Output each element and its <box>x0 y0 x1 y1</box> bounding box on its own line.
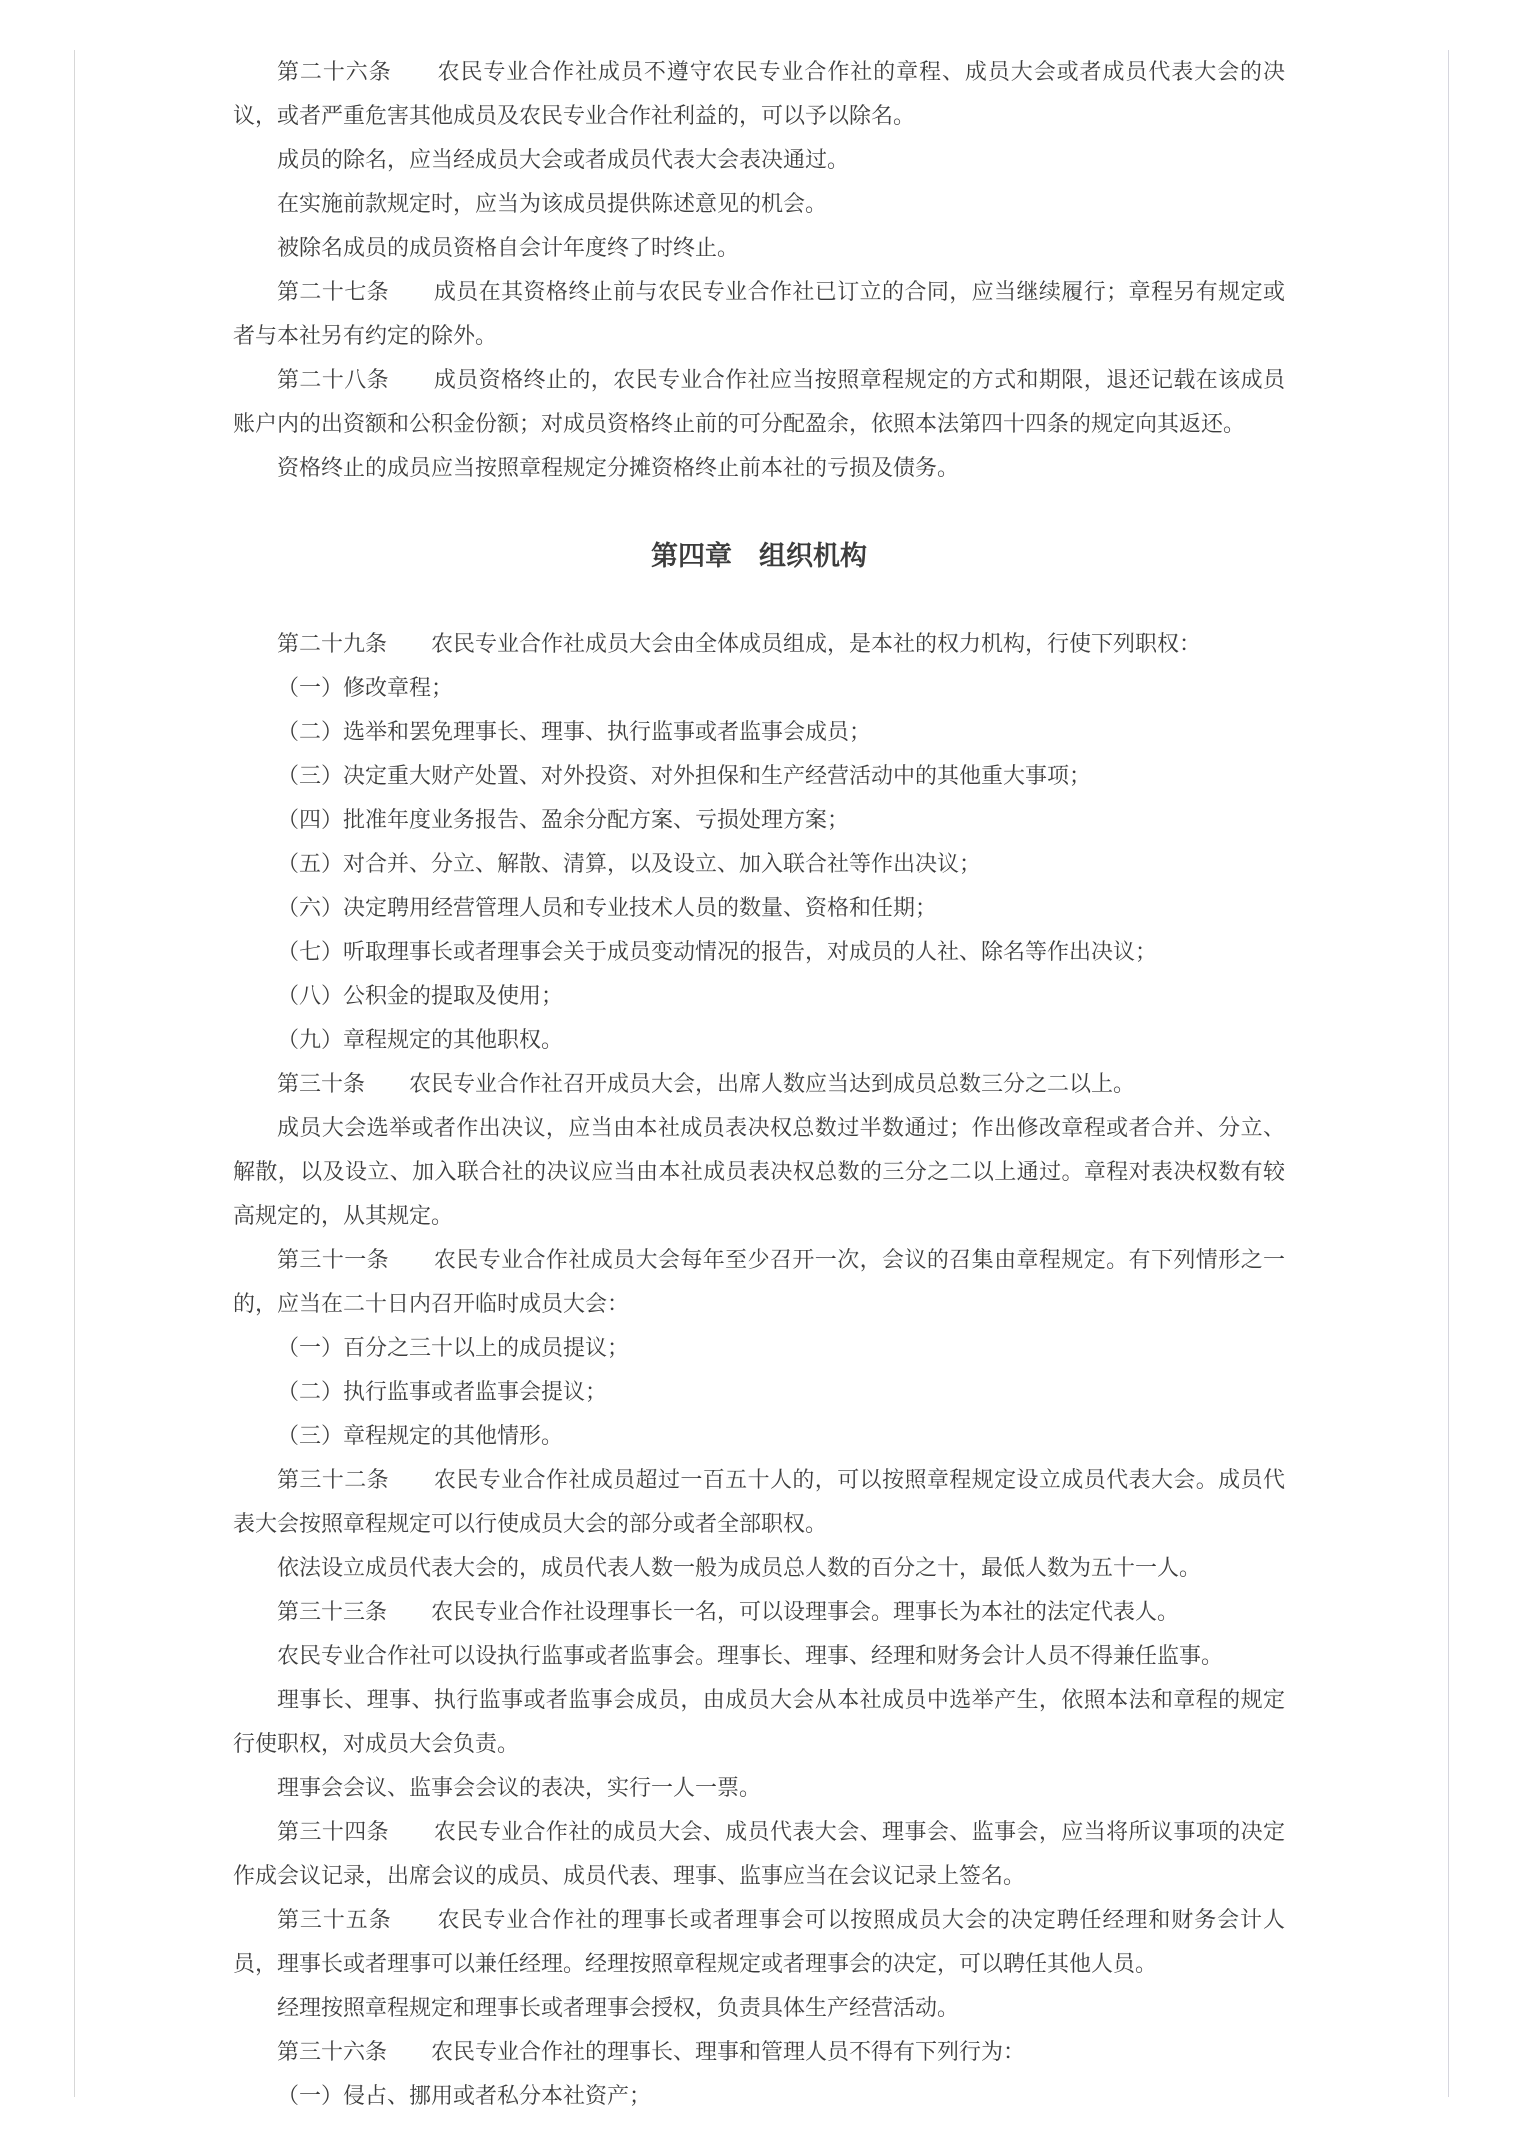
law-paragraph: 第三十三条 农民专业合作社设理事长一名，可以设理事会。理事长为本社的法定代表人。 <box>233 1590 1285 1634</box>
law-paragraph: （一）百分之三十以上的成员提议； <box>233 1326 1285 1370</box>
law-paragraph: 资格终止的成员应当按照章程规定分摊资格终止前本社的亏损及债务。 <box>233 446 1285 490</box>
law-paragraph: 农民专业合作社可以设执行监事或者监事会。理事长、理事、经理和财务会计人员不得兼任… <box>233 1634 1285 1678</box>
law-paragraph: （九）章程规定的其他职权。 <box>233 1018 1285 1062</box>
law-paragraph: 第二十六条 农民专业合作社成员不遵守农民专业合作社的章程、成员大会或者成员代表大… <box>233 50 1285 138</box>
page-border-right <box>1448 50 1449 2097</box>
law-paragraph: 第三十四条 农民专业合作社的成员大会、成员代表大会、理事会、监事会，应当将所议事… <box>233 1810 1285 1898</box>
law-paragraph: （七）听取理事长或者理事会关于成员变动情况的报告，对成员的人社、除名等作出决议； <box>233 930 1285 974</box>
law-paragraph: （二）选举和罢免理事长、理事、执行监事或者监事会成员； <box>233 710 1285 754</box>
law-paragraph: 第三十一条 农民专业合作社成员大会每年至少召开一次，会议的召集由章程规定。有下列… <box>233 1238 1285 1326</box>
page-border-left <box>74 50 75 2097</box>
chapter-heading: 第四章 组织机构 <box>233 534 1285 578</box>
law-paragraph: 被除名成员的成员资格自会计年度终了时终止。 <box>233 226 1285 270</box>
law-paragraph: 第三十六条 农民专业合作社的理事长、理事和管理人员不得有下列行为： <box>233 2030 1285 2074</box>
law-paragraph: 第二十九条 农民专业合作社成员大会由全体成员组成，是本社的权力机构，行使下列职权… <box>233 622 1285 666</box>
law-paragraph: （一）修改章程； <box>233 666 1285 710</box>
law-paragraph: 第二十八条 成员资格终止的，农民专业合作社应当按照章程规定的方式和期限，退还记载… <box>233 358 1285 446</box>
law-paragraph: （六）决定聘用经营管理人员和专业技术人员的数量、资格和任期； <box>233 886 1285 930</box>
law-document-page: 第二十六条 农民专业合作社成员不遵守农民专业合作社的章程、成员大会或者成员代表大… <box>0 0 1520 2150</box>
law-paragraph: 依法设立成员代表大会的，成员代表人数一般为成员总人数的百分之十，最低人数为五十一… <box>233 1546 1285 1590</box>
law-paragraph: 第三十二条 农民专业合作社成员超过一百五十人的，可以按照章程规定设立成员代表大会… <box>233 1458 1285 1546</box>
law-paragraph: （三）决定重大财产处置、对外投资、对外担保和生产经营活动中的其他重大事项； <box>233 754 1285 798</box>
document-body: 第二十六条 农民专业合作社成员不遵守农民专业合作社的章程、成员大会或者成员代表大… <box>233 50 1285 2118</box>
law-paragraph: 理事长、理事、执行监事或者监事会成员，由成员大会从本社成员中选举产生，依照本法和… <box>233 1678 1285 1766</box>
law-paragraph: （三）章程规定的其他情形。 <box>233 1414 1285 1458</box>
law-paragraph: 经理按照章程规定和理事长或者理事会授权，负责具体生产经营活动。 <box>233 1986 1285 2030</box>
law-paragraph: 第二十七条 成员在其资格终止前与农民专业合作社已订立的合同，应当继续履行；章程另… <box>233 270 1285 358</box>
law-paragraph: （五）对合并、分立、解散、清算，以及设立、加入联合社等作出决议； <box>233 842 1285 886</box>
law-paragraph: 第三十五条 农民专业合作社的理事长或者理事会可以按照成员大会的决定聘任经理和财务… <box>233 1898 1285 1986</box>
law-paragraph: （一）侵占、挪用或者私分本社资产； <box>233 2074 1285 2118</box>
law-paragraph: （四）批准年度业务报告、盈余分配方案、亏损处理方案； <box>233 798 1285 842</box>
law-paragraph: 理事会会议、监事会会议的表决，实行一人一票。 <box>233 1766 1285 1810</box>
law-paragraph: （二）执行监事或者监事会提议； <box>233 1370 1285 1414</box>
law-paragraph: （八）公积金的提取及使用； <box>233 974 1285 1018</box>
law-paragraph: 第三十条 农民专业合作社召开成员大会，出席人数应当达到成员总数三分之二以上。 <box>233 1062 1285 1106</box>
law-paragraph: 在实施前款规定时，应当为该成员提供陈述意见的机会。 <box>233 182 1285 226</box>
law-paragraph: 成员大会选举或者作出决议，应当由本社成员表决权总数过半数通过；作出修改章程或者合… <box>233 1106 1285 1238</box>
law-paragraph: 成员的除名，应当经成员大会或者成员代表大会表决通过。 <box>233 138 1285 182</box>
